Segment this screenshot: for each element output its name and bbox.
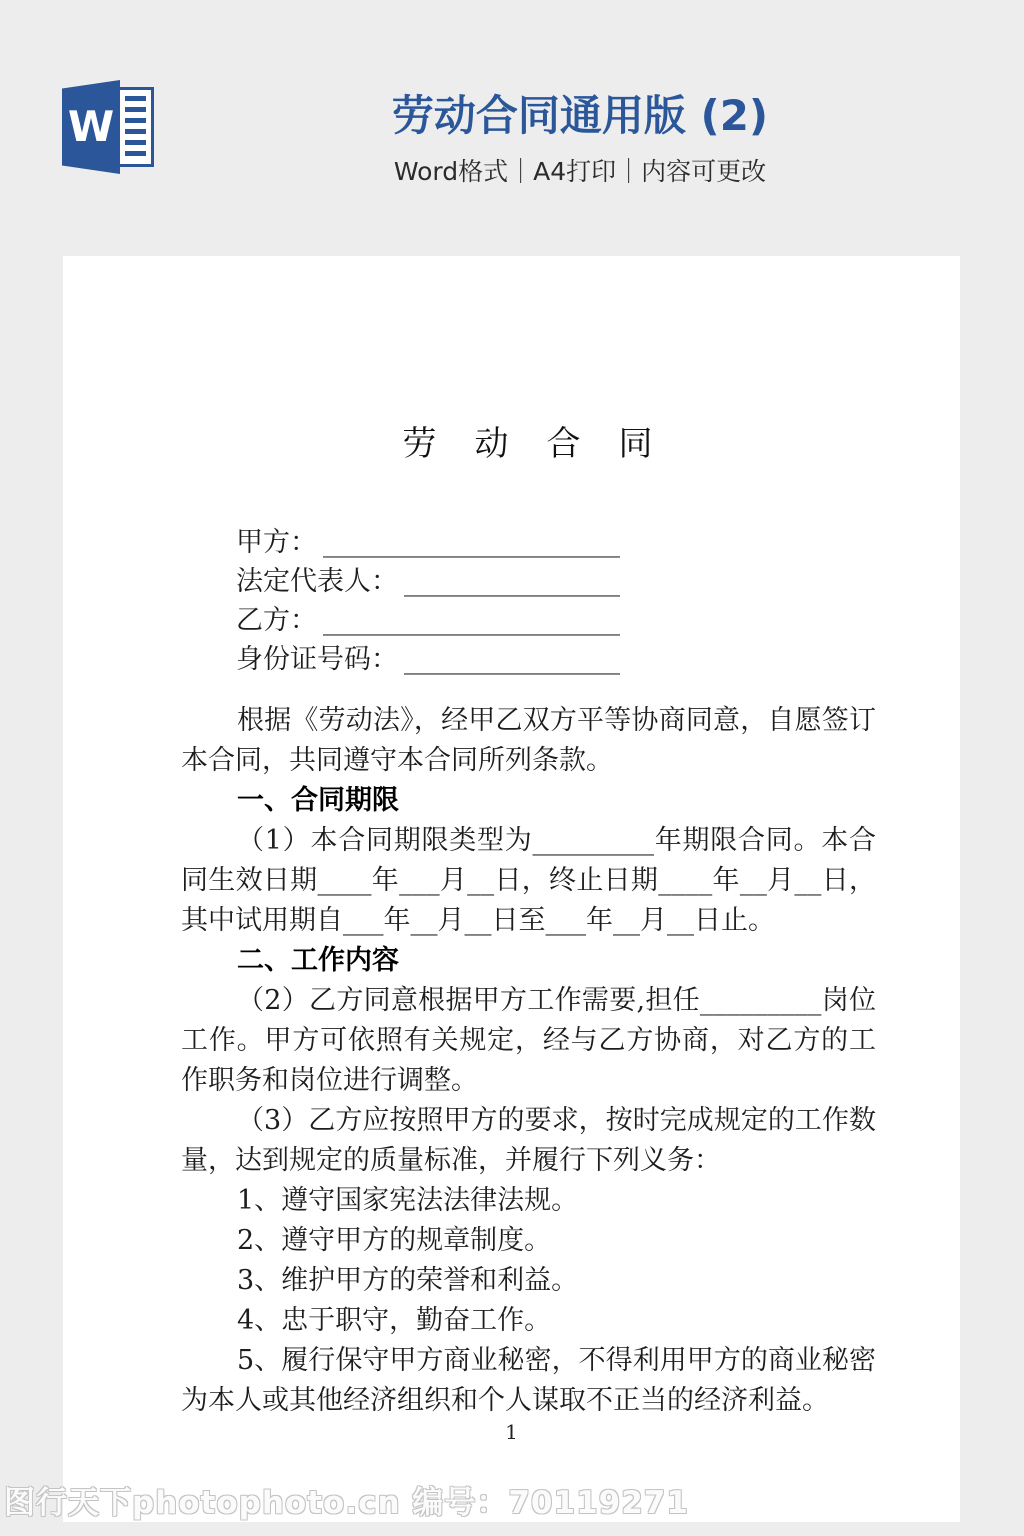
template-title: 劳动合同通用版 (2) — [68, 92, 1024, 140]
field-blank: ______________________ — [323, 605, 620, 636]
field-party-a: 甲方：______________________ — [236, 523, 876, 562]
field-label: 身份证号码： — [236, 644, 398, 675]
template-header: W 劳动合同通用版 (2) Word格式｜A4打印｜内容可更改 — [0, 0, 1024, 256]
duty-item-1: 1、遵守国家宪法法律法规。 — [181, 1181, 876, 1221]
header-text-block: 劳动合同通用版 (2) Word格式｜A4打印｜内容可更改 — [68, 92, 1024, 188]
field-blank: ______________________ — [323, 527, 620, 558]
field-blank: ________________ — [404, 644, 620, 675]
contract-title: 劳 动 合 同 — [181, 416, 876, 465]
contract-party-fields: 甲方：______________________ 法定代表人：________… — [236, 523, 876, 679]
site-watermark: 图行天下photophoto.cn 编号：70119271 — [4, 1477, 689, 1522]
field-party-b: 乙方：______________________ — [236, 601, 876, 640]
page-number: 1 — [63, 1420, 960, 1444]
field-label: 法定代表人： — [236, 566, 398, 597]
duty-item-4: 4、忠于职守，勤奋工作。 — [181, 1301, 876, 1341]
contract-paragraph-duties: （3）乙方应按照甲方的要求，按时完成规定的工作数量，达到规定的质量标准，并履行下… — [181, 1101, 876, 1181]
template-subtitle: Word格式｜A4打印｜内容可更改 — [68, 152, 1024, 188]
field-label: 甲方： — [236, 527, 317, 558]
contract-paragraph-intro: 根据《劳动法》，经甲乙双方平等协商同意，自愿签订本合同，共同遵守本合同所列条款。 — [181, 701, 876, 781]
document-page: 劳 动 合 同 甲方：______________________ 法定代表人：… — [63, 256, 960, 1522]
contract-paragraph-term: （1）本合同期限类型为_________年期限合同。本合同生效日期____年__… — [181, 821, 876, 941]
field-blank: ________________ — [404, 566, 620, 597]
field-label: 乙方： — [236, 605, 317, 636]
section-heading-term: 一、合同期限 — [181, 781, 876, 821]
field-id-number: 身份证号码：________________ — [236, 640, 876, 679]
field-legal-representative: 法定代表人：________________ — [236, 562, 876, 601]
document-content: 劳 动 合 同 甲方：______________________ 法定代表人：… — [63, 256, 960, 1421]
contract-body: 根据《劳动法》，经甲乙双方平等协商同意，自愿签订本合同，共同遵守本合同所列条款。… — [181, 701, 876, 1421]
section-heading-work: 二、工作内容 — [181, 941, 876, 981]
duty-item-5: 5、履行保守甲方商业秘密，不得利用甲方的商业秘密为本人或其他经济组织和个人谋取不… — [181, 1341, 876, 1421]
duty-item-2: 2、遵守甲方的规章制度。 — [181, 1221, 876, 1261]
contract-paragraph-position: （2）乙方同意根据甲方工作需要,担任_________岗位工作。甲方可依照有关规… — [181, 981, 876, 1101]
duty-item-3: 3、维护甲方的荣誉和利益。 — [181, 1261, 876, 1301]
